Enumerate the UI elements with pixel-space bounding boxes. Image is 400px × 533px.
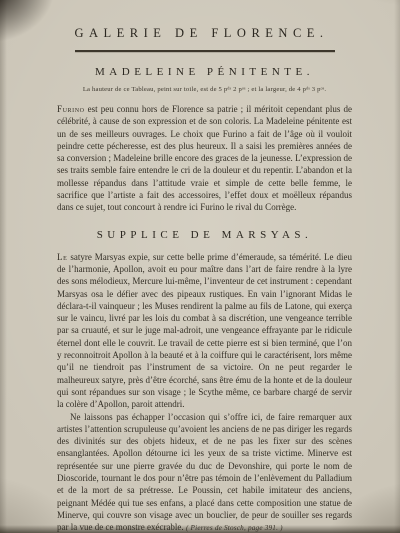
paragraph-lead-word: Le [57, 252, 67, 262]
paragraph-text: Ne laissons pas échapper l’occasion qui … [57, 412, 352, 533]
paragraph-text: satyre Marsyas expie, sur cette belle pr… [57, 252, 352, 410]
paragraph-anciens: Ne laissons pas échapper l’occasion qui … [57, 411, 352, 533]
dimensions-note: La hauteur de ce Tableau, peint sur toil… [57, 86, 352, 93]
paragraph-lead-word: Furino [57, 104, 85, 114]
page-title: GALERIE DE FLORENCE. [51, 26, 352, 41]
section-heading-marsyas: SUPPLICE DE MARSYAS. [57, 229, 352, 241]
section-madeleine-penitente: MADELEINE PÉNITENTE. La hauteur de ce Ta… [57, 66, 352, 214]
section-heading-madeleine: MADELEINE PÉNITENTE. [57, 66, 352, 78]
paragraph-text: est peu connu hors de Florence sa patrie… [57, 104, 352, 212]
paragraph-marsyas: Le satyre Marsyas expie, sur cette belle… [57, 251, 352, 411]
paragraph-madeleine: Furino est peu connu hors de Florence sa… [57, 103, 352, 214]
title-divider-rule [75, 50, 335, 52]
section-supplice-marsyas: SUPPLICE DE MARSYAS. Le satyre Marsyas e… [57, 229, 352, 533]
document-page: GALERIE DE FLORENCE. MADELEINE PÉNITENTE… [0, 0, 400, 533]
citation-reference: ( Pierres de Stosch, page 391. ) [186, 524, 283, 532]
